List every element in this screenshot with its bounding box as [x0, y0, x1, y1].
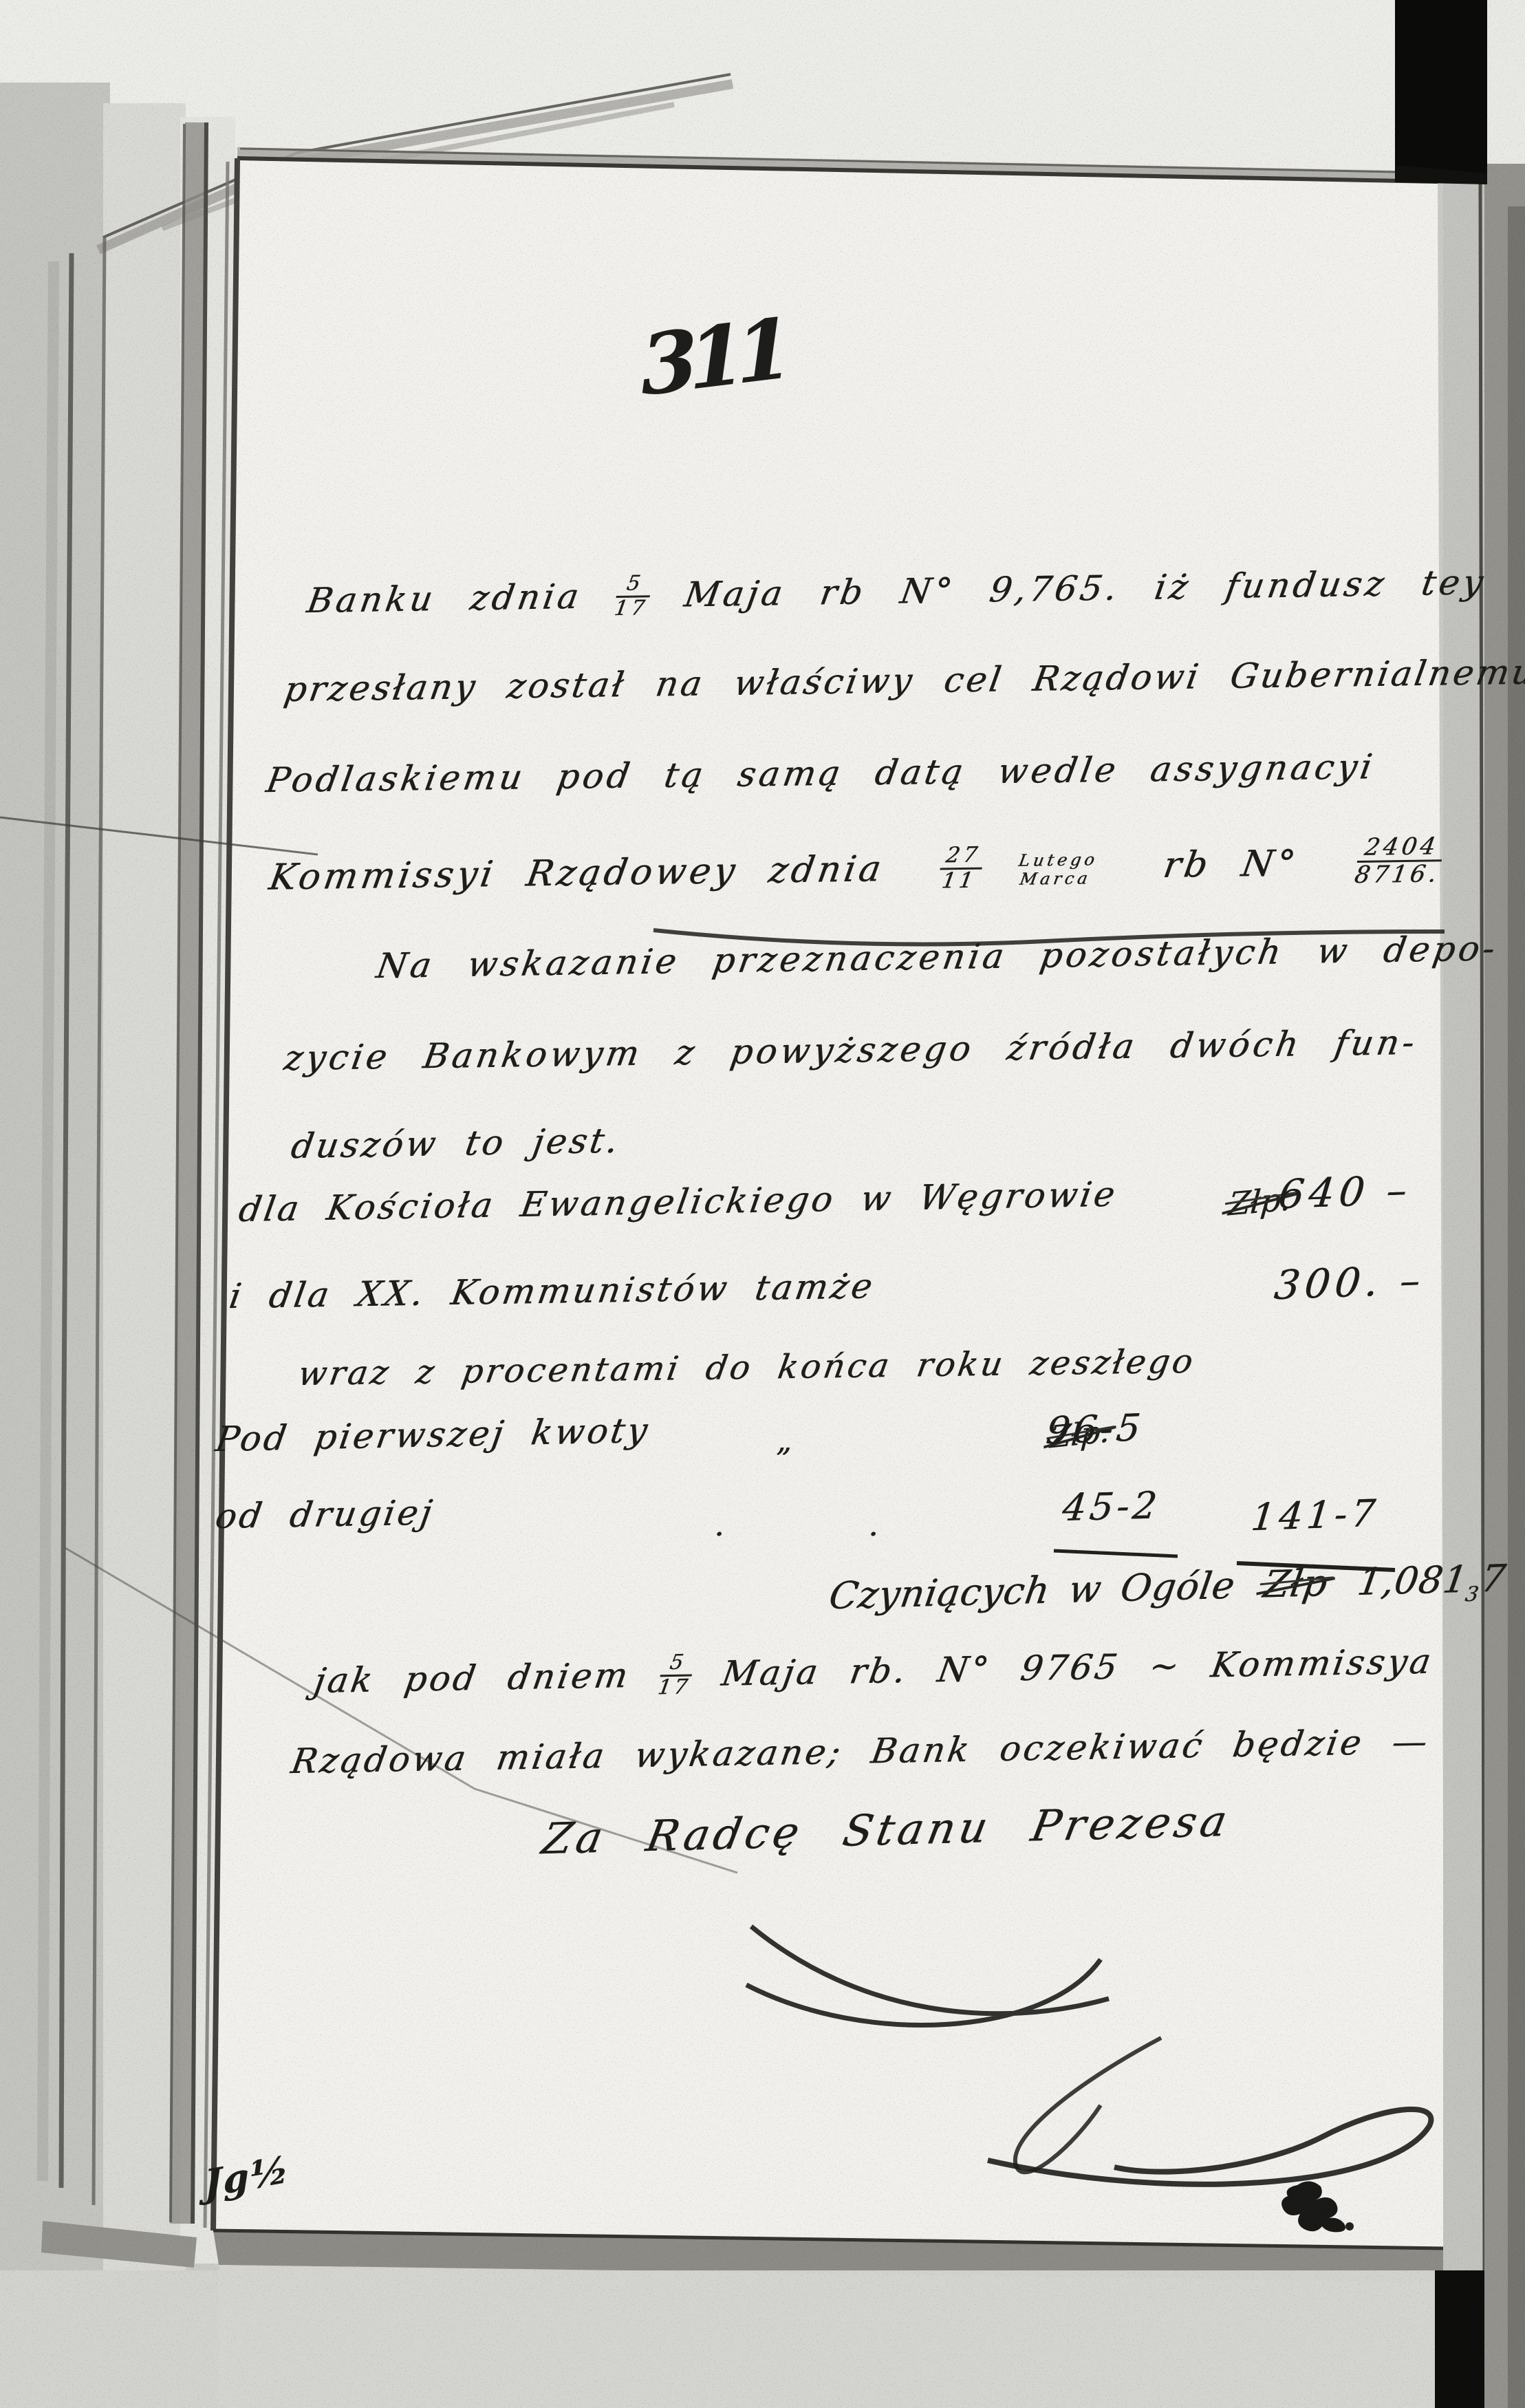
body-line-6: zycie Bankowym z powyższego źródła dwóch… — [281, 1024, 1420, 1077]
line4-text: Kommissyi Rządowey zdnia — [266, 848, 887, 899]
line14-text: jak pod dniem — [311, 1655, 633, 1701]
body-line-15: Rządowa miała wykazane; Bank oczekiwać b… — [289, 1723, 1433, 1780]
entry-line-pierwszej: Pod pierwszej kwoty — [213, 1412, 652, 1458]
line4-text-2: rb N° — [1160, 843, 1301, 886]
date-fraction-5-17: 517 — [613, 574, 653, 619]
total-line: Czyniących w Ogóle Złp 1,08137 — [825, 1559, 1508, 1622]
body-line-5: Na wskazanie przeznaczenia pozostałych w… — [374, 930, 1501, 984]
date-fraction-5-17-b: 517 — [656, 1653, 695, 1697]
body-line-4: Kommissyi Rządowey zdnia 2711 LutegoMarc… — [266, 835, 1446, 901]
entry-line-kommunisci: i dla XX. Kommunistów tamże — [227, 1268, 878, 1314]
body-line-10: wraz z procentami do końca roku zeszłego — [296, 1344, 1198, 1392]
leader-dot-2: . — [868, 1508, 878, 1541]
body-line-14: jak pod dniem 517 Maja rb. N° 9765 ~ Kom… — [311, 1640, 1436, 1704]
body-line-3: Podlaskiemu pod tą samą datą wedle assyg… — [263, 749, 1378, 798]
amount-96-5: 96-5 — [1044, 1408, 1145, 1451]
leader-mark-1: „ — [776, 1426, 792, 1457]
line1-text-2: Maja rb N° 9,765. iż fundusz tey — [682, 562, 1489, 614]
entry-line-drugiej: od drugiej — [213, 1494, 437, 1534]
amount-640: 640 – — [1277, 1169, 1414, 1216]
handwriting-layer: 311 Banku zdnia 517 Maja rb N° 9,765. iż… — [0, 0, 1525, 2408]
date-fraction-27-11: 2711 — [936, 845, 986, 891]
amount-1081: 1,081 — [1354, 1558, 1471, 1604]
amount-45-2: 45-2 — [1061, 1486, 1162, 1528]
amount-141-7: 141-7 — [1249, 1494, 1381, 1538]
date-months-stack: LutegoMarca — [1010, 852, 1103, 887]
reference-number-stack: 24048716. — [1353, 835, 1446, 886]
body-line-1: Banku zdnia 517 Maja rb N° 9,765. iż fun… — [304, 561, 1489, 623]
amount-1081-tail: 7 — [1478, 1556, 1509, 1600]
leader-dot-1: . — [714, 1508, 724, 1541]
entry-line-kosciol: dla Kościoła Ewangelickiego w Węgrowie — [237, 1176, 1120, 1228]
total-line-text: Czyniących w Ogóle — [826, 1564, 1238, 1618]
authority-line: Za Radcę Stanu Prezesa — [539, 1798, 1235, 1862]
line14-text-2: Maja rb. N° 9765 ~ Kommissya — [719, 1642, 1436, 1694]
body-line-7: duszów to jest. — [289, 1123, 623, 1165]
corner-annotation: Jg½ — [204, 2149, 290, 2204]
amount-300: 300. – — [1273, 1259, 1427, 1307]
body-line-2: przesłany został na właściwy cel Rządowi… — [281, 654, 1525, 708]
folio-number: 311 — [638, 306, 786, 411]
currency-zlp-struck-3: Złp — [1261, 1564, 1330, 1604]
line1-text: Banku zdnia — [304, 577, 585, 621]
archival-document-scan: 311 Banku zdnia 517 Maja rb N° 9,765. iż… — [0, 0, 1525, 2408]
